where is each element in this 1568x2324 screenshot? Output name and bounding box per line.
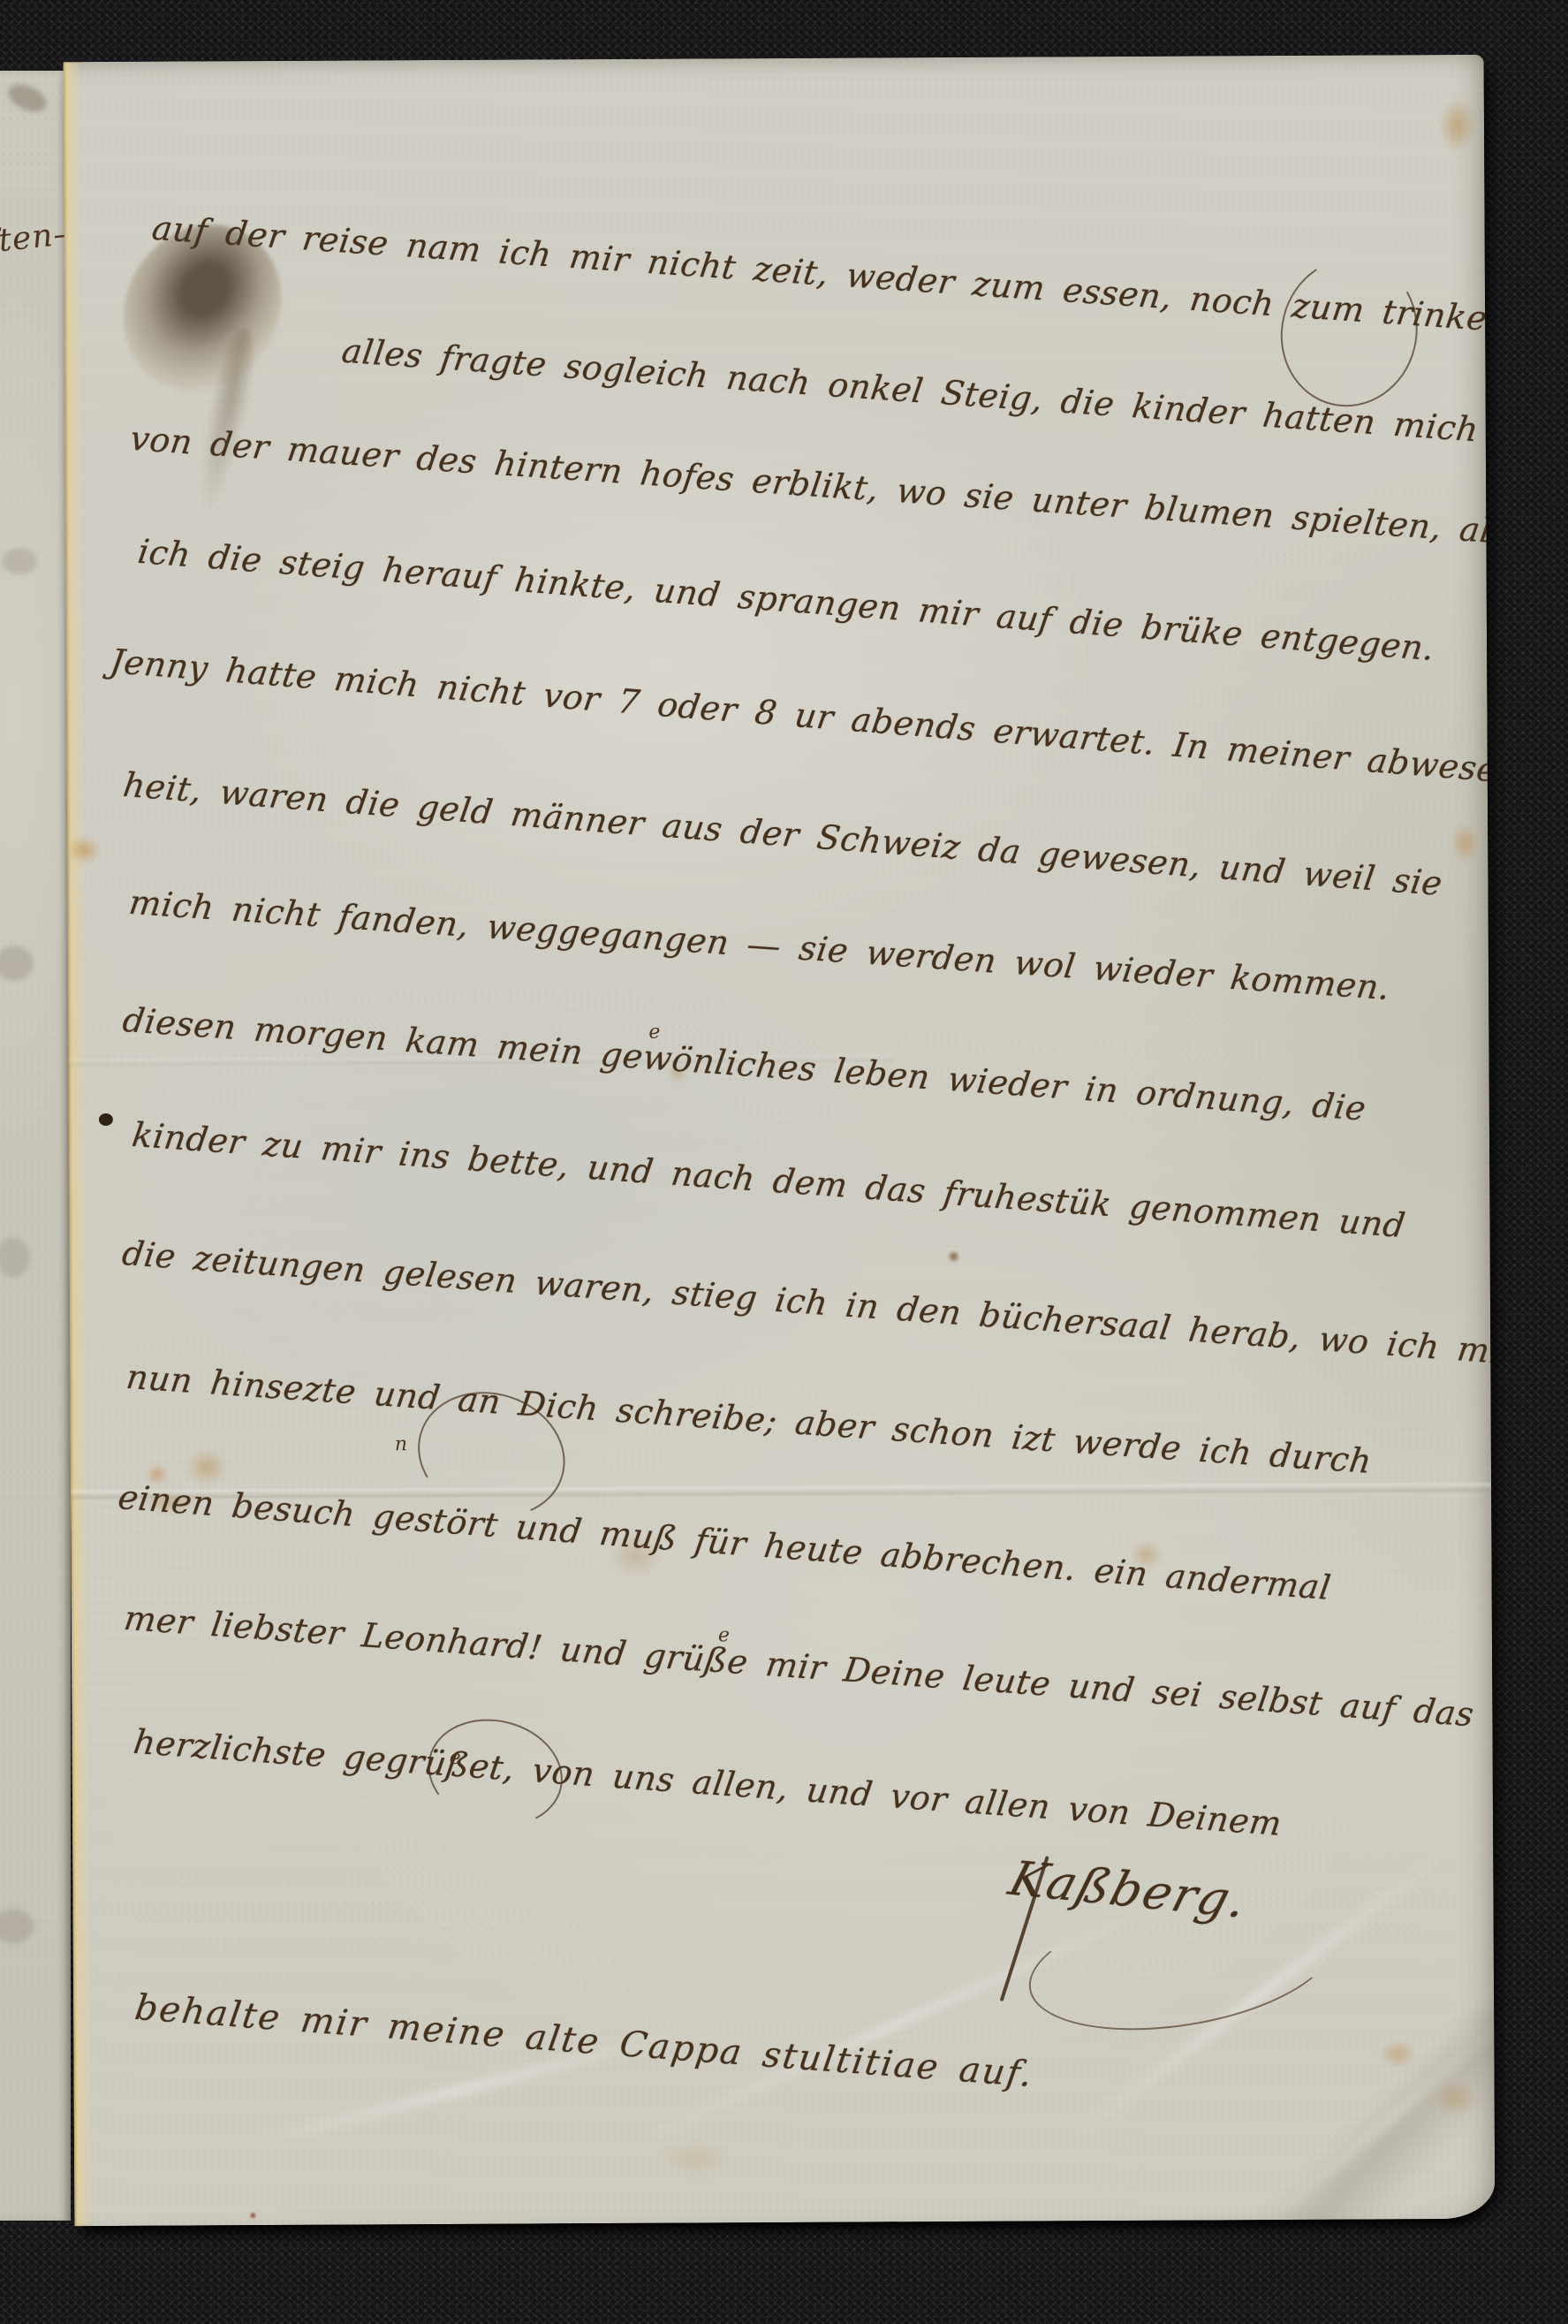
handwritten-line: mich nicht fanden, weggegangen — sie wer…	[127, 883, 1393, 1007]
fox-stain	[186, 1448, 228, 1485]
ink-flourish	[417, 1705, 574, 1840]
letter-scan: { "letter": { "language": "German (Kurre…	[0, 0, 1568, 2324]
fox-stain	[1451, 824, 1479, 862]
handwritten-line: mer liebster Leonhard! und grüße mir Dei…	[122, 1599, 1477, 1734]
ink-flourish	[1265, 244, 1433, 422]
handwritten-line: nun hinsezte und an Dich schreibe; aber …	[124, 1357, 1374, 1481]
fox-stain	[67, 836, 101, 864]
ink-bleed-mark	[0, 1237, 30, 1278]
ink-bleed-mark	[0, 946, 34, 981]
letter-page: auf der reise nam ich mir nicht zeit, we…	[64, 55, 1496, 2226]
ink-bleed-mark	[4, 79, 51, 117]
adjacent-page-sliver: ſten—	[0, 71, 71, 2221]
ink-bleed-mark	[0, 1909, 34, 1944]
margin-text-fragment: ſten—	[0, 214, 71, 261]
fox-stain	[657, 2140, 733, 2177]
handwritten-line: herzlichste gegrüßet, von uns allen, und…	[131, 1722, 1284, 1843]
handwritten-line: heit, waren die geld männer aus der Schw…	[121, 765, 1445, 903]
margin-dot	[99, 1113, 113, 1126]
handwritten-line: ich die steig herauf hinkte, und sprange…	[135, 532, 1437, 668]
handwritten-line: Jenny hatte mich nicht vor 7 oder 8 ur a…	[108, 642, 1496, 794]
ink-speck	[948, 1250, 960, 1263]
ink-speck	[249, 2212, 256, 2219]
fox-stain	[1379, 2039, 1416, 2068]
handwritten-line: kinder zu mir ins bette, und nach dem da…	[130, 1115, 1408, 1245]
insertion-mark: e	[718, 1624, 730, 1646]
insertion-mark: n	[395, 1433, 407, 1455]
handwritten-line: die zeitungen gelesen waren, stieg ich i…	[120, 1234, 1496, 1374]
postscript: behalte mir meine alte Cappa stultitiae …	[133, 1987, 1036, 2095]
handwritten-line: von der mauer des hintern hofes erblikt,…	[128, 419, 1496, 551]
insertion-mark: e	[648, 1021, 660, 1044]
ink-bleed-mark	[2, 548, 37, 574]
fox-stain	[1438, 97, 1477, 154]
fox-stain	[1433, 2080, 1479, 2117]
